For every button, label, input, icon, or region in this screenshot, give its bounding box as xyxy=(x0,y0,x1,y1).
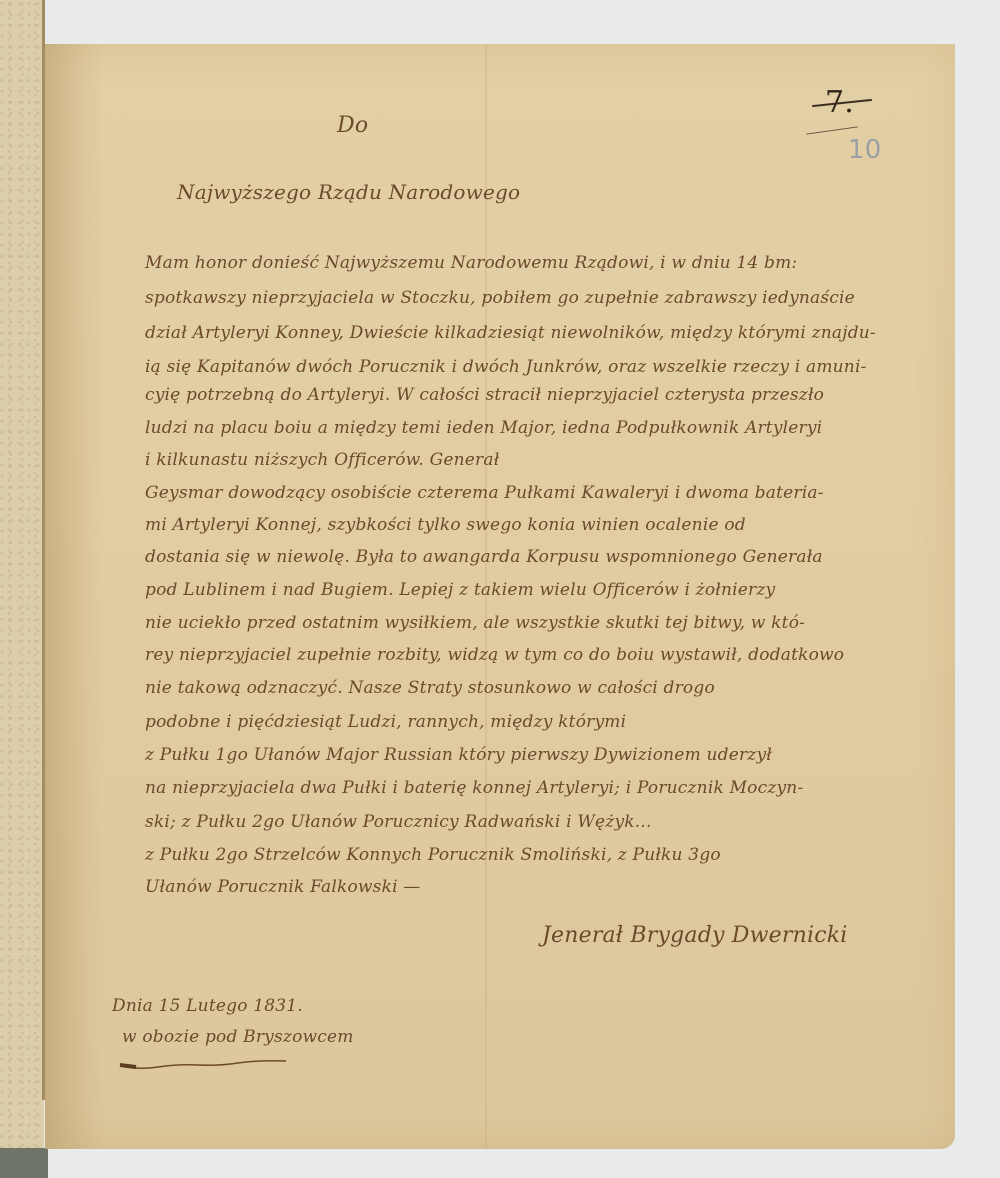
body-line: dział Artyleryi Konney, Dwieście kilkadz… xyxy=(145,323,876,343)
body-line: Geysmar dowodzący osobiście czterema Puł… xyxy=(145,483,824,503)
body-line: ludzi na placu boiu a między temi ieden … xyxy=(145,418,822,438)
body-line: z Pułku 1go Ułanów Major Russian który p… xyxy=(145,745,772,765)
body-line: i kilkunastu niższych Officerów. Generał xyxy=(145,450,499,470)
salutation: Do xyxy=(337,113,368,138)
body-line: rey nieprzyjaciel zupełnie rozbity, widz… xyxy=(145,645,844,665)
closing-flourish xyxy=(118,1058,288,1072)
place-line: w obozie pod Bryszowcem xyxy=(122,1027,354,1047)
addressee: Najwyższego Rządu Narodowego xyxy=(177,180,520,204)
folio-number-pencil: 10 xyxy=(848,135,881,165)
body-line: nie takową odznaczyć. Nasze Straty stosu… xyxy=(145,678,715,698)
body-line: nie uciekło przed ostatnim wysiłkiem, al… xyxy=(145,613,805,633)
body-line: pod Lublinem i nad Bugiem. Lepiej z taki… xyxy=(145,580,775,600)
body-line: cyię potrzebną do Artyleryi. W całości s… xyxy=(145,385,824,405)
body-line: spotkawszy nieprzyjaciela w Stoczku, pob… xyxy=(145,288,855,308)
body-line: Mam honor donieść Najwyższemu Narodowemu… xyxy=(145,253,797,273)
signature: Jenerał Brygady Dwernicki xyxy=(542,923,848,948)
mounting-board xyxy=(0,0,44,1155)
body-line: z Pułku 2go Strzelców Konnych Porucznik … xyxy=(145,845,721,865)
body-line: ią się Kapitanów dwóch Porucznik i dwóch… xyxy=(145,357,867,377)
date-line: Dnia 15 Lutego 1831. xyxy=(112,996,303,1016)
body-line: dostania się w niewolę. Była to awangard… xyxy=(145,547,823,567)
body-line: mi Artyleryi Konnej, szybkości tylko swe… xyxy=(145,515,746,535)
body-line: Ułanów Porucznik Falkowski — xyxy=(145,877,421,897)
body-line: ski; z Pułku 2go Ułanów Porucznicy Radwa… xyxy=(145,812,652,832)
body-line: na nieprzyjaciela dwa Pułki i baterię ko… xyxy=(145,778,803,798)
scan-corner xyxy=(0,1148,48,1178)
body-line: podobne i pięćdziesiąt Ludzi, rannych, m… xyxy=(145,712,626,732)
